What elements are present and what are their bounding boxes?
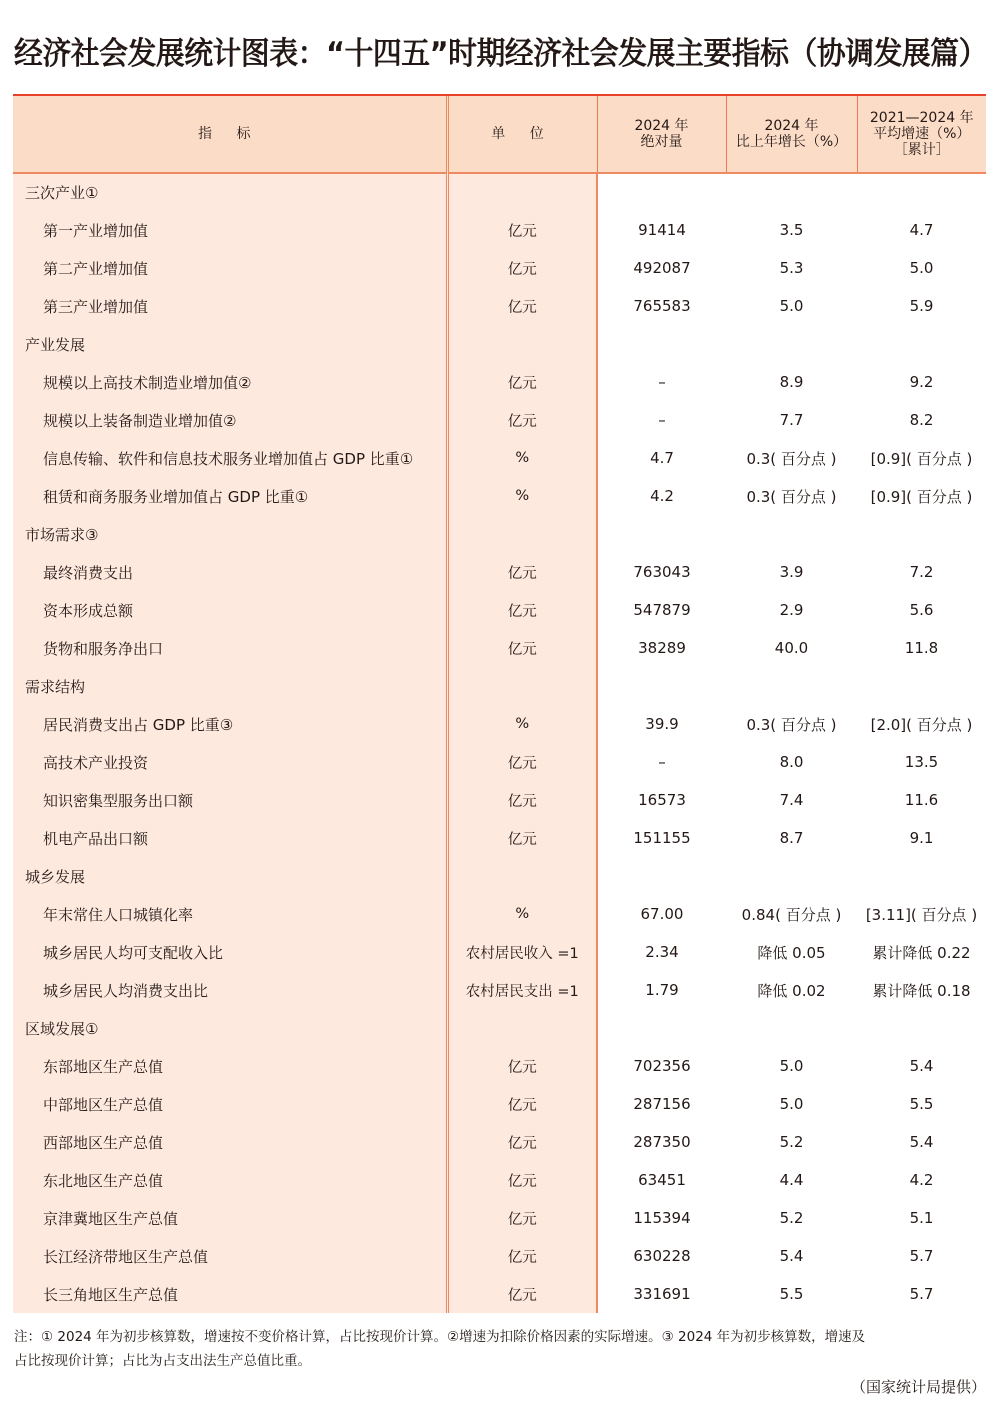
- growth-cell: 8.9: [726, 363, 857, 401]
- header-indicator: 指 标: [13, 96, 447, 173]
- table-row: 长三角地区生产总值亿元3316915.55.7: [13, 1275, 986, 1313]
- footnotes: 注：① 2024 年为初步核算数，增速按不变价格计算，占比按现价计算。②增速为扣…: [14, 1325, 990, 1373]
- unit-cell: 亿元: [447, 553, 597, 591]
- avg-growth-cell: 4.2: [857, 1161, 986, 1199]
- avg-growth-cell: 5.7: [857, 1237, 986, 1275]
- unit-cell: 亿元: [447, 287, 597, 325]
- avg-growth-cell: [857, 667, 986, 705]
- unit-cell: 亿元: [447, 363, 597, 401]
- avg-growth-cell: 4.7: [857, 211, 986, 249]
- header-avg-label: 平均增速（%）: [858, 126, 987, 142]
- growth-cell: [726, 173, 857, 211]
- indicators-table: 指 标 单 位 2024 年 绝对量 2024 年 比上年增长（%） 2021—…: [13, 94, 986, 1313]
- table-row: 货物和服务净出口亿元3828940.011.8: [13, 629, 986, 667]
- table-row: 规模以上高技术制造业增加值②亿元–8.99.2: [13, 363, 986, 401]
- absolute-value-cell: 287156: [597, 1085, 726, 1123]
- growth-cell: [726, 1009, 857, 1047]
- absolute-value-cell: 2.34: [597, 933, 726, 971]
- avg-growth-cell: 5.4: [857, 1123, 986, 1161]
- growth-cell: 5.3: [726, 249, 857, 287]
- table-row: 最终消费支出亿元7630433.97.2: [13, 553, 986, 591]
- header-growth-label: 比上年增长（%）: [727, 134, 857, 150]
- unit-cell: 农村居民支出 =1: [447, 971, 597, 1009]
- unit-cell: [447, 173, 597, 211]
- unit-cell: %: [447, 439, 597, 477]
- avg-growth-cell: 5.6: [857, 591, 986, 629]
- table-row: 长江经济带地区生产总值亿元6302285.45.7: [13, 1237, 986, 1275]
- indicator-cell: 市场需求③: [13, 515, 447, 553]
- table-row: 机电产品出口额亿元1511558.79.1: [13, 819, 986, 857]
- absolute-value-cell: 4.7: [597, 439, 726, 477]
- unit-cell: %: [447, 895, 597, 933]
- footnote-line-1: 注：① 2024 年为初步核算数，增速按不变价格计算，占比按现价计算。②增速为扣…: [14, 1325, 990, 1349]
- growth-cell: 4.4: [726, 1161, 857, 1199]
- table-row: 中部地区生产总值亿元2871565.05.5: [13, 1085, 986, 1123]
- header-absolute-label: 绝对量: [598, 134, 726, 150]
- table-row: 东部地区生产总值亿元7023565.05.4: [13, 1047, 986, 1085]
- indicator-cell: 城乡发展: [13, 857, 447, 895]
- indicator-cell: 区域发展①: [13, 1009, 447, 1047]
- avg-growth-cell: 累计降低 0.18: [857, 971, 986, 1009]
- growth-cell: 0.3( 百分点 ): [726, 439, 857, 477]
- avg-growth-cell: [0.9]( 百分点 ): [857, 477, 986, 515]
- absolute-value-cell: [597, 667, 726, 705]
- indicator-cell: 长三角地区生产总值: [13, 1275, 447, 1313]
- avg-growth-cell: 5.5: [857, 1085, 986, 1123]
- growth-cell: 8.7: [726, 819, 857, 857]
- growth-cell: 8.0: [726, 743, 857, 781]
- table-body: 三次产业①第一产业增加值亿元914143.54.7第二产业增加值亿元492087…: [13, 173, 986, 1313]
- table-row: 知识密集型服务出口额亿元165737.411.6: [13, 781, 986, 819]
- growth-cell: 2.9: [726, 591, 857, 629]
- table-row: 第一产业增加值亿元914143.54.7: [13, 211, 986, 249]
- indicator-cell: 机电产品出口额: [13, 819, 447, 857]
- avg-growth-cell: 7.2: [857, 553, 986, 591]
- absolute-value-cell: 630228: [597, 1237, 726, 1275]
- avg-growth-cell: 累计降低 0.22: [857, 933, 986, 971]
- unit-cell: [447, 857, 597, 895]
- table-row: 城乡居民人均消费支出比农村居民支出 =11.79降低 0.02累计降低 0.18: [13, 971, 986, 1009]
- growth-cell: 降低 0.02: [726, 971, 857, 1009]
- growth-cell: 3.9: [726, 553, 857, 591]
- absolute-value-cell: 4.2: [597, 477, 726, 515]
- avg-growth-cell: [2.0]( 百分点 ): [857, 705, 986, 743]
- avg-growth-cell: 5.9: [857, 287, 986, 325]
- absolute-value-cell: 16573: [597, 781, 726, 819]
- growth-cell: 降低 0.05: [726, 933, 857, 971]
- absolute-value-cell: 287350: [597, 1123, 726, 1161]
- absolute-value-cell: 492087: [597, 249, 726, 287]
- indicator-cell: 高技术产业投资: [13, 743, 447, 781]
- indicator-cell: 知识密集型服务出口额: [13, 781, 447, 819]
- header-avg-period: 2021—2024 年: [858, 110, 987, 126]
- avg-growth-cell: 11.8: [857, 629, 986, 667]
- avg-growth-cell: 9.2: [857, 363, 986, 401]
- header-absolute: 2024 年 绝对量: [597, 96, 726, 173]
- absolute-value-cell: [597, 173, 726, 211]
- unit-cell: 亿元: [447, 629, 597, 667]
- indicator-cell: 中部地区生产总值: [13, 1085, 447, 1123]
- unit-cell: [447, 1009, 597, 1047]
- indicator-cell: 东北地区生产总值: [13, 1161, 447, 1199]
- table-row: 居民消费支出占 GDP 比重③%39.90.3( 百分点 )[2.0]( 百分点…: [13, 705, 986, 743]
- growth-cell: 0.3( 百分点 ): [726, 477, 857, 515]
- indicator-cell: 信息传输、软件和信息技术服务业增加值占 GDP 比重①: [13, 439, 447, 477]
- growth-cell: [726, 325, 857, 363]
- unit-cell: 亿元: [447, 1275, 597, 1313]
- growth-cell: [726, 857, 857, 895]
- unit-cell: 亿元: [447, 401, 597, 439]
- avg-growth-cell: 8.2: [857, 401, 986, 439]
- avg-growth-cell: 5.4: [857, 1047, 986, 1085]
- unit-cell: 亿元: [447, 819, 597, 857]
- indicator-cell: 居民消费支出占 GDP 比重③: [13, 705, 447, 743]
- indicator-cell: 京津冀地区生产总值: [13, 1199, 447, 1237]
- absolute-value-cell: 765583: [597, 287, 726, 325]
- indicator-cell: 第三产业增加值: [13, 287, 447, 325]
- growth-cell: 5.0: [726, 1085, 857, 1123]
- avg-growth-cell: [0.9]( 百分点 ): [857, 439, 986, 477]
- header-avg-growth: 2021—2024 年 平均增速（%） ［累计］: [857, 96, 986, 173]
- growth-cell: 3.5: [726, 211, 857, 249]
- indicator-cell: 规模以上高技术制造业增加值②: [13, 363, 447, 401]
- unit-cell: 亿元: [447, 781, 597, 819]
- absolute-value-cell: 702356: [597, 1047, 726, 1085]
- table-row: 高技术产业投资亿元–8.013.5: [13, 743, 986, 781]
- indicator-cell: 租赁和商务服务业增加值占 GDP 比重①: [13, 477, 447, 515]
- indicator-cell: 城乡居民人均消费支出比: [13, 971, 447, 1009]
- growth-cell: 5.0: [726, 287, 857, 325]
- absolute-value-cell: 547879: [597, 591, 726, 629]
- avg-growth-cell: 5.1: [857, 1199, 986, 1237]
- growth-cell: [726, 667, 857, 705]
- absolute-value-cell: [597, 1009, 726, 1047]
- table-row: 城乡居民人均可支配收入比农村居民收入 =12.34降低 0.05累计降低 0.2…: [13, 933, 986, 971]
- absolute-value-cell: 115394: [597, 1199, 726, 1237]
- absolute-value-cell: [597, 515, 726, 553]
- absolute-value-cell: [597, 857, 726, 895]
- indicator-cell: 西部地区生产总值: [13, 1123, 447, 1161]
- unit-cell: [447, 515, 597, 553]
- unit-cell: %: [447, 477, 597, 515]
- header-absolute-year: 2024 年: [598, 118, 726, 134]
- table-row: 规模以上装备制造业增加值②亿元–7.78.2: [13, 401, 986, 439]
- table-row: 租赁和商务服务业增加值占 GDP 比重①%4.20.3( 百分点 )[0.9](…: [13, 477, 986, 515]
- unit-cell: 亿元: [447, 591, 597, 629]
- table-header-row: 指 标 单 位 2024 年 绝对量 2024 年 比上年增长（%） 2021—…: [13, 96, 986, 173]
- unit-cell: 亿元: [447, 1161, 597, 1199]
- unit-cell: 亿元: [447, 1123, 597, 1161]
- growth-cell: 40.0: [726, 629, 857, 667]
- unit-cell: 亿元: [447, 1199, 597, 1237]
- absolute-value-cell: 38289: [597, 629, 726, 667]
- unit-cell: 亿元: [447, 1085, 597, 1123]
- section-row: 三次产业①: [13, 173, 986, 211]
- absolute-value-cell: –: [597, 401, 726, 439]
- indicator-cell: 产业发展: [13, 325, 447, 363]
- growth-cell: 5.5: [726, 1275, 857, 1313]
- indicator-cell: 第二产业增加值: [13, 249, 447, 287]
- unit-cell: 亿元: [447, 1237, 597, 1275]
- absolute-value-cell: 1.79: [597, 971, 726, 1009]
- unit-cell: 亿元: [447, 249, 597, 287]
- header-avg-cumulative: ［累计］: [858, 142, 987, 158]
- avg-growth-cell: [857, 1009, 986, 1047]
- growth-cell: 0.84( 百分点 ): [726, 895, 857, 933]
- header-unit: 单 位: [447, 96, 597, 173]
- indicator-cell: 第一产业增加值: [13, 211, 447, 249]
- avg-growth-cell: [857, 857, 986, 895]
- absolute-value-cell: 67.00: [597, 895, 726, 933]
- avg-growth-cell: 9.1: [857, 819, 986, 857]
- growth-cell: 7.4: [726, 781, 857, 819]
- absolute-value-cell: 151155: [597, 819, 726, 857]
- unit-cell: %: [447, 705, 597, 743]
- table-row: 第三产业增加值亿元7655835.05.9: [13, 287, 986, 325]
- avg-growth-cell: 5.7: [857, 1275, 986, 1313]
- absolute-value-cell: 39.9: [597, 705, 726, 743]
- growth-cell: 5.0: [726, 1047, 857, 1085]
- avg-growth-cell: 13.5: [857, 743, 986, 781]
- indicator-cell: 最终消费支出: [13, 553, 447, 591]
- table-row: 京津冀地区生产总值亿元1153945.25.1: [13, 1199, 986, 1237]
- section-row: 产业发展: [13, 325, 986, 363]
- growth-cell: 0.3( 百分点 ): [726, 705, 857, 743]
- growth-cell: 5.4: [726, 1237, 857, 1275]
- avg-growth-cell: [857, 325, 986, 363]
- growth-cell: 7.7: [726, 401, 857, 439]
- header-growth: 2024 年 比上年增长（%）: [726, 96, 857, 173]
- section-row: 市场需求③: [13, 515, 986, 553]
- section-row: 城乡发展: [13, 857, 986, 895]
- indicator-cell: 城乡居民人均可支配收入比: [13, 933, 447, 971]
- growth-cell: 5.2: [726, 1199, 857, 1237]
- indicator-cell: 三次产业①: [13, 173, 447, 211]
- table-row: 西部地区生产总值亿元2873505.25.4: [13, 1123, 986, 1161]
- table-row: 资本形成总额亿元5478792.95.6: [13, 591, 986, 629]
- unit-cell: 亿元: [447, 211, 597, 249]
- table-row: 年末常住人口城镇化率%67.000.84( 百分点 )[3.11]( 百分点 ): [13, 895, 986, 933]
- table-row: 东北地区生产总值亿元634514.44.2: [13, 1161, 986, 1199]
- indicator-cell: 资本形成总额: [13, 591, 447, 629]
- unit-cell: [447, 325, 597, 363]
- indicator-cell: 需求结构: [13, 667, 447, 705]
- avg-growth-cell: [857, 515, 986, 553]
- source-credit: （国家统计局提供）: [851, 1376, 986, 1397]
- header-growth-year: 2024 年: [727, 118, 857, 134]
- unit-cell: [447, 667, 597, 705]
- avg-growth-cell: 11.6: [857, 781, 986, 819]
- absolute-value-cell: –: [597, 363, 726, 401]
- page-title: 经济社会发展统计图表：“十四五”时期经济社会发展主要指标（协调发展篇）: [14, 28, 925, 73]
- unit-cell: 亿元: [447, 743, 597, 781]
- table-row: 第二产业增加值亿元4920875.35.0: [13, 249, 986, 287]
- absolute-value-cell: 763043: [597, 553, 726, 591]
- unit-cell: 亿元: [447, 1047, 597, 1085]
- avg-growth-cell: [857, 173, 986, 211]
- indicator-cell: 年末常住人口城镇化率: [13, 895, 447, 933]
- section-row: 需求结构: [13, 667, 986, 705]
- section-row: 区域发展①: [13, 1009, 986, 1047]
- absolute-value-cell: –: [597, 743, 726, 781]
- indicator-cell: 长江经济带地区生产总值: [13, 1237, 447, 1275]
- table-row: 信息传输、软件和信息技术服务业增加值占 GDP 比重①%4.70.3( 百分点 …: [13, 439, 986, 477]
- indicator-cell: 规模以上装备制造业增加值②: [13, 401, 447, 439]
- indicator-cell: 货物和服务净出口: [13, 629, 447, 667]
- unit-cell: 农村居民收入 =1: [447, 933, 597, 971]
- avg-growth-cell: 5.0: [857, 249, 986, 287]
- indicator-cell: 东部地区生产总值: [13, 1047, 447, 1085]
- absolute-value-cell: 91414: [597, 211, 726, 249]
- growth-cell: 5.2: [726, 1123, 857, 1161]
- growth-cell: [726, 515, 857, 553]
- absolute-value-cell: 331691: [597, 1275, 726, 1313]
- absolute-value-cell: [597, 325, 726, 363]
- avg-growth-cell: [3.11]( 百分点 ): [857, 895, 986, 933]
- absolute-value-cell: 63451: [597, 1161, 726, 1199]
- footnote-line-2: 占比按现价计算；占比为占支出法生产总值比重。: [14, 1349, 990, 1373]
